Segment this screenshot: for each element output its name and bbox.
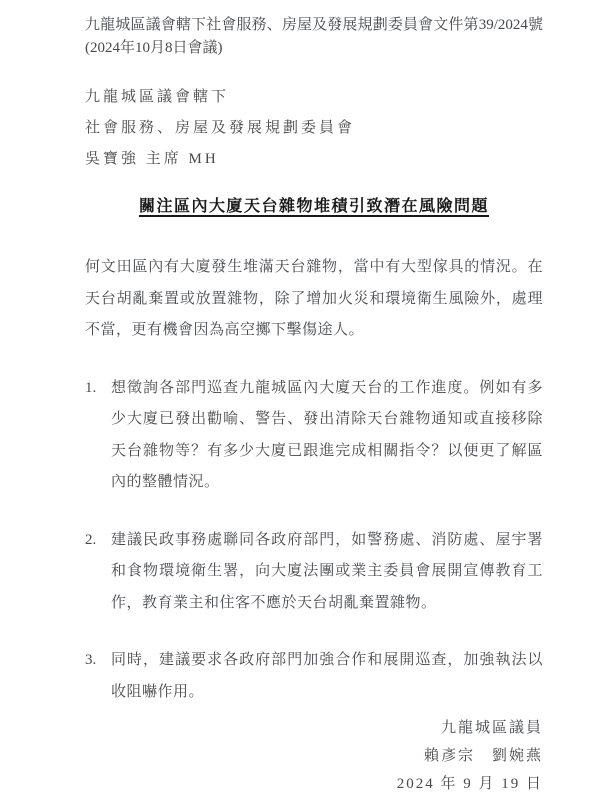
chairman-name: 吳寶強 主席 MH — [85, 144, 543, 175]
item-list: 1. 想徵詢各部門巡查九龍城區內大廈天台的工作進度。例如有多少大廈已發出勸喻、警… — [85, 373, 543, 709]
list-item: 3. 同時，建議要求各政府部門加強合作和展開巡查，加強執法以收阻嚇作用。 — [85, 645, 543, 708]
council-name: 九龍城區議會轄下 — [85, 82, 543, 113]
signature-date: 2024 年 9 月 19 日 — [85, 770, 543, 798]
signature-names: 賴彥宗 劉婉燕 — [85, 742, 543, 770]
document-page: 九龍城區議會轄下社會服務、房屋及發展規劃委員會文件第39/2024號 (2024… — [0, 0, 603, 802]
item-text: 建議民政事務處聯同各政府部門，如警務處、消防處、屋宇署和食物環境衛生署，向大廈法… — [111, 525, 543, 620]
signature-block: 九龍城區議員 賴彥宗 劉婉燕 2024 年 9 月 19 日 — [85, 714, 543, 798]
item-number: 3. — [85, 645, 111, 708]
signature-role: 九龍城區議員 — [85, 714, 543, 742]
list-item: 1. 想徵詢各部門巡查九龍城區內大廈天台的工作進度。例如有多少大廈已發出勸喻、警… — [85, 373, 543, 499]
letterhead: 九龍城區議會轄下 社會服務、房屋及發展規劃委員會 吳寶強 主席 MH — [85, 82, 543, 175]
item-text: 想徵詢各部門巡查九龍城區內大廈天台的工作進度。例如有多少大廈已發出勸喻、警告、發… — [111, 373, 543, 499]
document-number-line: 九龍城區議會轄下社會服務、房屋及發展規劃委員會文件第39/2024號 — [85, 14, 543, 37]
list-item: 2. 建議民政事務處聯同各政府部門，如警務處、消防處、屋宇署和食物環境衛生署，向… — [85, 525, 543, 620]
intro-paragraph: 何文田區內有大廈發生堆滿天台雜物，當中有大型傢具的情況。在天台胡亂棄置或放置雜物… — [85, 252, 543, 347]
item-text: 同時，建議要求各政府部門加強合作和展開巡查，加強執法以收阻嚇作用。 — [111, 645, 543, 708]
document-title: 關注區內大廈天台雜物堆積引致潛在風險問題 — [139, 198, 489, 215]
title-row: 關注區內大廈天台雜物堆積引致潛在風險問題 — [85, 193, 543, 216]
document-header: 九龍城區議會轄下社會服務、房屋及發展規劃委員會文件第39/2024號 (2024… — [85, 14, 543, 60]
meeting-date-line: (2024年10月8日會議) — [85, 37, 543, 60]
committee-name: 社會服務、房屋及發展規劃委員會 — [85, 113, 543, 144]
item-number: 1. — [85, 373, 111, 499]
item-number: 2. — [85, 525, 111, 620]
